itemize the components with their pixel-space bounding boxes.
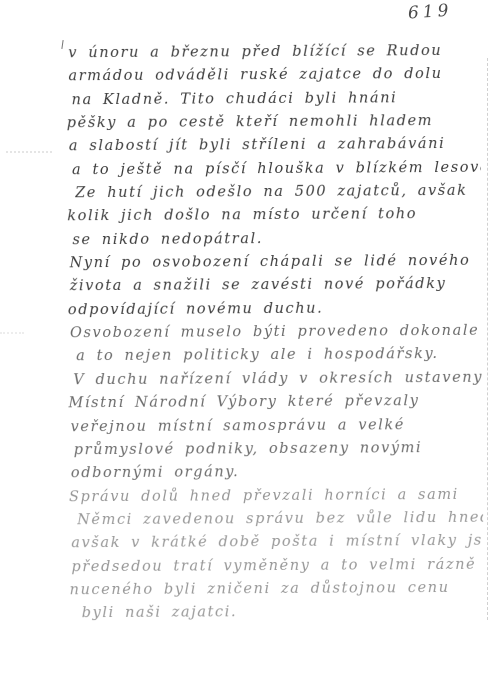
- handwritten-line: Němci zavedenou správu bez vůle lidu hne…: [77, 507, 483, 533]
- scan-smudge: [0, 332, 24, 336]
- page-edge-crease: [487, 58, 488, 620]
- scanned-manuscript-page: 619 v únoru a březnu před blížící se Rud…: [0, 0, 499, 700]
- handwritten-line: Osvobození muselo býti provedeno dokonal…: [70, 320, 482, 346]
- handwriting-block: v únoru a březnu před blížící se Rudouar…: [68, 40, 484, 626]
- stray-ink-mark: [61, 40, 63, 49]
- handwritten-line: a to nejen politicky ale i hospodářsky.: [76, 343, 482, 369]
- handwritten-line: a to ještě na písčí hlouška v blízkém le…: [72, 156, 481, 182]
- scan-smudge: [6, 151, 52, 156]
- handwritten-line: kolik jich došlo na místo určení toho: [67, 203, 481, 229]
- handwritten-line: pěšky a po cestě kteří nemohli hladem: [67, 110, 481, 136]
- handwritten-line: a slabostí jít byli stříleni a zahrabává…: [69, 133, 481, 159]
- handwritten-line: V duchu nařízení vlády v okresích ustave…: [73, 367, 482, 393]
- handwritten-line: průmyslové podniky, obsazeny novými: [74, 437, 483, 463]
- handwritten-page-number: 619: [407, 0, 453, 23]
- handwritten-line: odpovídající novému duchu.: [68, 297, 482, 323]
- handwritten-line: odbornými orgány.: [71, 460, 483, 486]
- handwritten-line: veřejnou místní samosprávu a velké: [71, 413, 483, 439]
- handwritten-line: Nyní po osvobození chápali se lidé novéh…: [70, 250, 482, 276]
- handwritten-line: na Kladně. Tito chudáci byli hnáni: [72, 86, 481, 112]
- handwritten-line: Ze hutí jich odešlo na 500 zajatců, avša…: [75, 180, 481, 206]
- handwritten-line: nuceného byli zničeni za důstojnou cenu: [70, 577, 484, 603]
- handwritten-line: života a snažili se zavésti nové pořádky: [70, 273, 482, 299]
- handwritten-line: avšak v krátké době pošta i místní vlaky…: [71, 530, 483, 556]
- handwritten-line: předsedou tratí vyměněny a to velmi rázn…: [71, 553, 483, 579]
- handwritten-line: v únoru a březnu před blížící se Rudou: [68, 40, 480, 66]
- handwritten-line: se nikdo nedopátral.: [72, 226, 481, 252]
- handwritten-line: armádou odváděli ruské zajatce do dolu: [68, 63, 480, 89]
- handwritten-line: byli naši zajatci.: [82, 600, 484, 626]
- handwritten-line: Místní Národní Výbory které převzaly: [68, 390, 482, 416]
- handwritten-line: Správu dolů hned převzali horníci a sami: [69, 483, 483, 509]
